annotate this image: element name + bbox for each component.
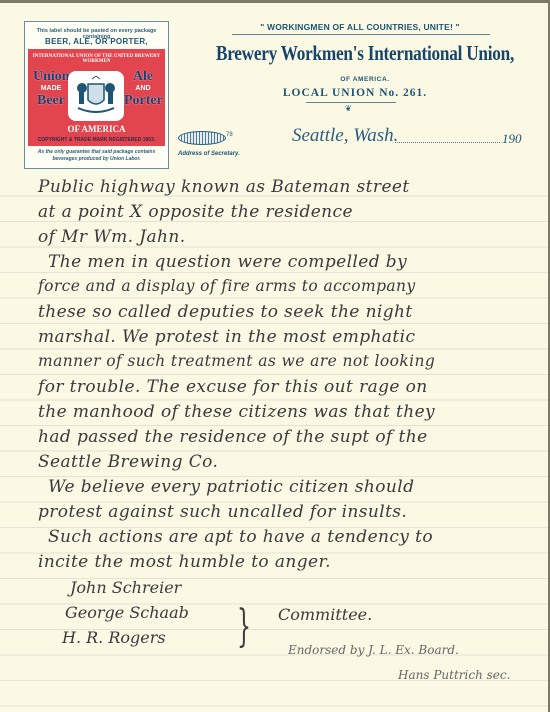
label-arc-text: INTERNATIONAL UNION OF THE UNITED BREWER… (28, 54, 165, 64)
letter-line: protest against such uncalled for insult… (38, 502, 407, 522)
letter-line: The men in question were compelled by (48, 252, 407, 272)
letter-line: at a point X opposite the residence (38, 202, 353, 222)
seal-number: 78 (226, 132, 233, 138)
letter-line: marshal. We protest in the most emphatic (38, 327, 415, 347)
local-union-number: LOCAL UNION No. 261. (255, 87, 455, 99)
letter-line: for trouble. The excuse for this out rag… (38, 377, 428, 397)
signature-schaab: George Schaab (65, 603, 189, 622)
letter-line: We believe every patriotic citizen shoul… (48, 477, 414, 497)
label-of-america: OF AMERICA (28, 124, 165, 134)
divider (232, 34, 490, 35)
letter-line: had passed the residence of the supt of … (38, 427, 428, 447)
letter-line: these so called deputies to seek the nig… (38, 302, 413, 322)
label-right-text: Ale AND Porter (124, 70, 162, 108)
letter-line: Seattle Brewing Co. (38, 452, 218, 472)
label-guarantee: As the only guarantee that said package … (29, 149, 164, 163)
city-heading: Seattle, Wash. (292, 125, 398, 147)
union-seal-icon (178, 131, 226, 145)
label-left-text: Union MADE Beer (33, 70, 69, 108)
signature-schreier: John Schreier (70, 578, 181, 597)
ornament-icon: ❦ (345, 104, 352, 113)
letter-line: Such actions are apt to have a tendency … (48, 527, 433, 547)
letter-line: Public highway known as Bateman street (38, 177, 410, 197)
committee-label: Committee. (278, 605, 372, 624)
label-beer: Beer (33, 94, 69, 108)
label-copyright: COPYRIGHT & TRADE MARK REGISTERED 1903. (28, 137, 165, 143)
letter-line: of Mr Wm. Jahn. (38, 227, 186, 247)
divider (306, 102, 396, 103)
brace: } (237, 601, 251, 652)
date-line (395, 142, 500, 143)
label-ale: Ale (124, 70, 162, 84)
label-products: BEER, ALE, OR PORTER, (25, 37, 168, 46)
signature-rogers: H. R. Rogers (62, 628, 166, 647)
union-subtitle: OF AMERICA. (280, 76, 450, 83)
motto: " WORKINGMEN OF ALL COUNTRIES, UNITE! " (230, 22, 490, 32)
union-label: This label should be pasted on every pac… (24, 21, 169, 169)
letter-line: force and a display of fire arms to acco… (38, 277, 416, 295)
endorsement: Endorsed by J. L. Ex. Board. (288, 643, 459, 657)
coat-of-arms-icon (68, 71, 124, 121)
endorser-signature: Hans Puttrich sec. (398, 668, 510, 682)
letter-page: This label should be pasted on every pac… (0, 3, 548, 712)
union-title: Brewery Workmen's International Union, (213, 41, 516, 66)
label-union: Union (33, 70, 69, 84)
letter-line: manner of such treatment as we are not l… (38, 352, 435, 370)
address-label: Address of Secretary. (178, 151, 240, 157)
label-porter: Porter (124, 94, 162, 108)
letter-line: incite the most humble to anger. (38, 552, 331, 572)
label-red-panel: INTERNATIONAL UNION OF THE UNITED BREWER… (28, 49, 165, 146)
letter-line: the manhood of these citizens was that t… (38, 402, 435, 422)
year-prefix: 190 (502, 131, 522, 147)
